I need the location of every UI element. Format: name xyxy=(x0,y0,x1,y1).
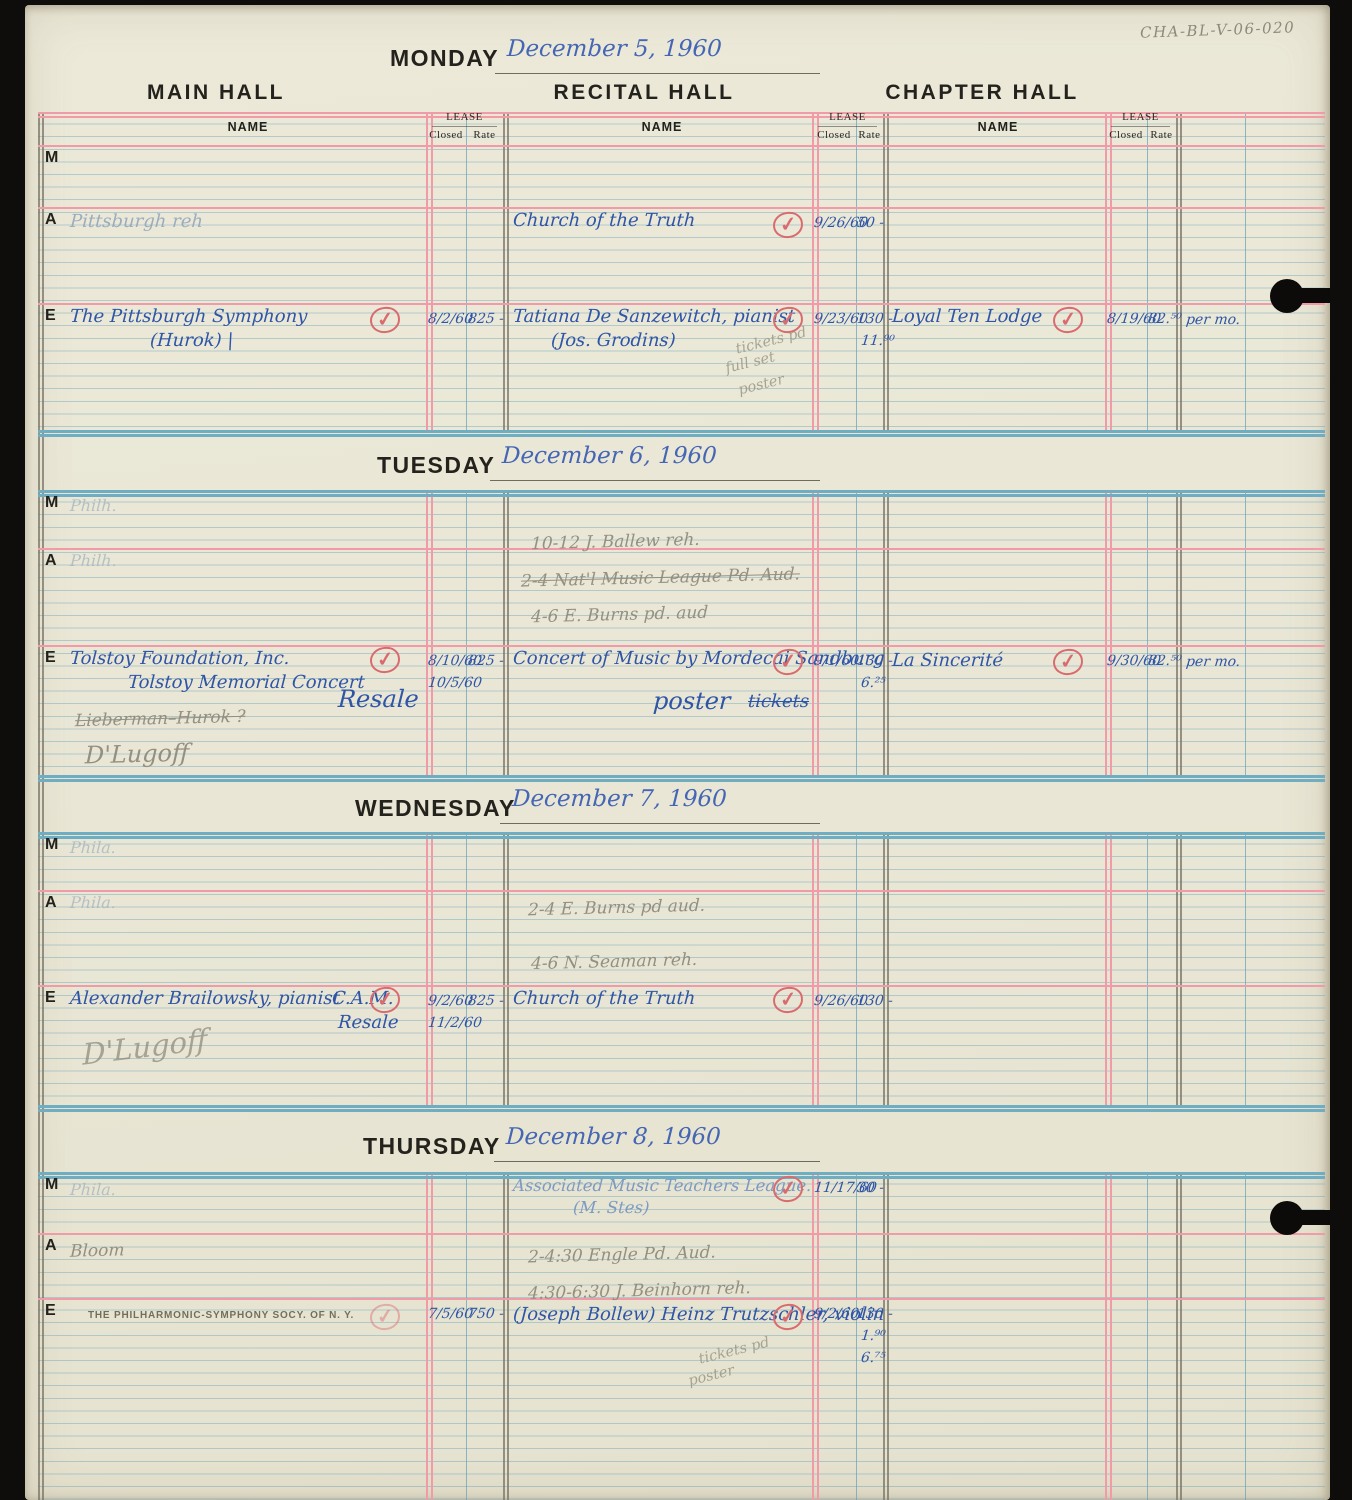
column-line xyxy=(817,832,819,1105)
column-line xyxy=(503,112,505,430)
column-line xyxy=(817,1172,819,1500)
column-line xyxy=(503,490,505,775)
row-label-m: M xyxy=(45,1176,58,1194)
column-line xyxy=(466,490,467,775)
row-line xyxy=(38,645,1325,647)
entry-line: Church of the Truth xyxy=(512,210,696,231)
column-line xyxy=(507,832,509,1105)
hall-title-1: RECITAL HALL xyxy=(484,81,804,105)
entry-line: Loyal Ten Lodge xyxy=(891,306,1042,327)
row-label-a: A xyxy=(45,211,57,229)
column-line xyxy=(426,490,428,775)
row-label-a: A xyxy=(45,1237,57,1255)
entry-line: poster xyxy=(652,687,731,715)
section-line xyxy=(38,779,1325,782)
closed-date: 9/2/60 xyxy=(813,1306,860,1322)
ruled-lines xyxy=(38,1172,1325,1500)
row-label-a: A xyxy=(45,894,57,912)
row-line xyxy=(38,207,1325,209)
column-line xyxy=(856,112,857,430)
day-date-thursday: December 8, 1960 xyxy=(505,1124,721,1150)
column-line xyxy=(503,1172,505,1500)
section-line xyxy=(38,1172,1325,1175)
date-underline xyxy=(495,73,820,74)
lease-header: LEASE xyxy=(1105,111,1176,123)
rate-after-note: per mo. xyxy=(1185,654,1241,670)
rate-value: 6.²⁵ xyxy=(860,675,886,691)
column-line xyxy=(1110,490,1112,775)
section-line xyxy=(38,490,1325,493)
column-line xyxy=(1180,1172,1182,1500)
entry-line: Resale xyxy=(337,685,419,713)
column-line xyxy=(1147,490,1148,775)
column-line xyxy=(431,832,433,1105)
column-line xyxy=(1147,1172,1148,1500)
entry-line: tickets xyxy=(747,691,809,712)
entry-line: Tolstoy Memorial Concert xyxy=(127,672,365,693)
column-line xyxy=(817,112,819,430)
rate-value: 82.⁵⁰ xyxy=(1147,311,1182,327)
column-line xyxy=(1245,1172,1246,1500)
column-line xyxy=(1180,112,1182,430)
rate-value: 825 - xyxy=(467,993,505,1009)
margin-line xyxy=(42,112,44,1500)
column-line xyxy=(856,490,857,775)
column-line xyxy=(817,490,819,775)
hall-title-2: CHAPTER HALL xyxy=(822,81,1142,105)
section-line xyxy=(38,1105,1325,1108)
column-line xyxy=(1180,832,1182,1105)
entry-line: Pittsburgh reh xyxy=(69,211,203,232)
section-line xyxy=(38,836,1325,839)
rate-value: 825 - xyxy=(467,653,505,669)
column-line xyxy=(883,490,885,775)
section-line xyxy=(38,775,1325,778)
row-line xyxy=(38,303,1325,305)
column-line xyxy=(1176,832,1178,1105)
rate-header: Rate xyxy=(856,129,883,141)
rate-value: 750 - xyxy=(467,1306,505,1322)
entry-line: La Sincerité xyxy=(891,650,1003,671)
column-line xyxy=(431,490,433,775)
row-line xyxy=(38,1233,1325,1235)
column-line xyxy=(503,832,505,1105)
row-line xyxy=(38,145,1325,147)
row-line xyxy=(38,890,1325,892)
lease-underline xyxy=(432,126,497,127)
row-label-e: E xyxy=(45,649,56,667)
column-line xyxy=(883,112,885,430)
entry-line: Tolstoy Foundation, Inc. xyxy=(69,648,290,669)
rate-header: Rate xyxy=(1147,129,1176,141)
entry-line: Bloom xyxy=(70,1240,125,1261)
column-line xyxy=(1105,832,1107,1105)
column-line xyxy=(887,490,889,775)
rate-value: 130 - xyxy=(856,653,894,669)
section-line xyxy=(38,1109,1325,1112)
column-line xyxy=(1147,832,1148,1105)
row-label-e: E xyxy=(45,1302,56,1320)
section-line xyxy=(38,832,1325,835)
ref-number: CHA-BL-V-06-020 xyxy=(1140,18,1296,41)
date-underline xyxy=(490,480,820,481)
column-line xyxy=(507,1172,509,1500)
closed-header: Closed xyxy=(1105,129,1147,141)
rate-value: 1.⁹⁰ xyxy=(860,1328,886,1344)
column-line xyxy=(466,832,467,1105)
punch-hole-tab xyxy=(1285,1210,1330,1225)
column-line xyxy=(856,1172,857,1500)
rate-value: 11.⁹⁰ xyxy=(860,333,895,349)
column-line xyxy=(812,490,814,775)
punch-hole-tab xyxy=(1285,288,1330,303)
column-line xyxy=(466,112,467,430)
column-line xyxy=(1105,1172,1107,1500)
row-label-e: E xyxy=(45,307,56,325)
entry-line: Tatiana De Sanzewitch, pianist xyxy=(512,306,795,327)
section-line xyxy=(38,494,1325,497)
entry-line: (Hurok) | xyxy=(149,330,234,351)
column-line xyxy=(812,112,814,430)
entry-line: Phila. xyxy=(70,893,117,912)
closed-header: Closed xyxy=(812,129,856,141)
row-label-m: M xyxy=(45,836,58,854)
rate-value: 130 - xyxy=(856,993,894,1009)
column-line xyxy=(1245,490,1246,775)
rate-value: 130 - xyxy=(856,311,894,327)
section-line xyxy=(38,434,1325,437)
entry-line: D'Lugoff xyxy=(85,739,190,770)
day-label-monday: MONDAY xyxy=(390,45,499,72)
column-line xyxy=(1110,112,1112,430)
entry-line: Philh. xyxy=(70,551,118,570)
column-line xyxy=(1147,112,1148,430)
column-line xyxy=(887,832,889,1105)
column-line xyxy=(1176,1172,1178,1500)
date-underline xyxy=(500,823,820,824)
column-line xyxy=(1245,832,1246,1105)
column-line xyxy=(1110,832,1112,1105)
date-underline xyxy=(494,1161,820,1162)
entry-line: THE PHILHARMONIC-SYMPHONY SOCY. OF N. Y. xyxy=(88,1310,354,1321)
column-line xyxy=(426,832,428,1105)
column-line xyxy=(1110,1172,1112,1500)
closed-date: 9/1/60 xyxy=(813,653,860,669)
column-line xyxy=(431,112,433,430)
column-line xyxy=(812,832,814,1105)
rate-value: 825 - xyxy=(467,311,505,327)
column-line xyxy=(426,1172,428,1500)
column-line xyxy=(812,1172,814,1500)
rate-value: 50 - xyxy=(856,215,885,231)
entry-line: Phila. xyxy=(70,1180,117,1199)
name-col-header: NAME xyxy=(562,120,762,134)
day-date-wednesday: December 7, 1960 xyxy=(511,786,727,812)
name-col-header: NAME xyxy=(148,120,348,134)
row-label-a: A xyxy=(45,552,57,570)
column-line xyxy=(856,832,857,1105)
column-line xyxy=(1105,490,1107,775)
ruled-lines xyxy=(38,112,1325,430)
row-label-e: E xyxy=(45,989,56,1007)
rate-after-note: per mo. xyxy=(1185,312,1241,328)
column-line xyxy=(1180,490,1182,775)
column-line xyxy=(887,112,889,430)
margin-line xyxy=(38,112,40,1500)
entry-line: Church of the Truth xyxy=(512,988,696,1009)
day-date-monday: December 5, 1960 xyxy=(506,36,722,62)
column-line xyxy=(426,112,428,430)
day-date-tuesday: December 6, 1960 xyxy=(501,443,717,469)
column-line xyxy=(466,1172,467,1500)
row-line xyxy=(38,985,1325,987)
rate-value: 130 - xyxy=(856,1306,894,1322)
name-col-header: NAME xyxy=(898,120,1098,134)
column-line xyxy=(1245,112,1246,430)
section-line xyxy=(38,430,1325,433)
column-line xyxy=(887,1172,889,1500)
entry-line: (M. Stes) xyxy=(573,1198,650,1217)
column-line xyxy=(431,1172,433,1500)
entry-line: Resale xyxy=(337,1012,399,1033)
rate-value: 82.⁵⁰ xyxy=(1147,653,1182,669)
ledger-page: CHA-BL-V-06-020 MONDAYDecember 5, 1960MA… xyxy=(25,5,1330,1500)
row-label-m: M xyxy=(45,494,58,512)
hall-title-0: MAIN HALL xyxy=(56,81,376,105)
entry-line: Associated Music Teachers League. xyxy=(513,1176,812,1195)
entry-line: (Jos. Grodins) xyxy=(550,330,676,351)
entry-line: The Pittsburgh Symphony xyxy=(69,306,307,327)
entry-line: Phila. xyxy=(70,838,117,857)
column-line xyxy=(1105,112,1107,430)
row-label-m: M xyxy=(45,149,58,167)
day-label-thursday: THURSDAY xyxy=(363,1133,501,1160)
entry-line: Alexander Brailowsky, pianist xyxy=(69,988,340,1009)
lease-underline xyxy=(1111,126,1170,127)
closed-date: 11/2/60 xyxy=(427,1015,483,1031)
column-line xyxy=(507,112,509,430)
lease-header: LEASE xyxy=(426,111,503,123)
column-line xyxy=(507,490,509,775)
closed-header: Closed xyxy=(426,129,466,141)
entry-line: Philh. xyxy=(70,496,118,515)
lease-header: LEASE xyxy=(812,111,883,123)
column-line xyxy=(1176,490,1178,775)
closed-date: 10/5/60 xyxy=(427,675,483,691)
rate-value: 6.⁷⁵ xyxy=(860,1350,886,1366)
lease-underline xyxy=(818,126,877,127)
rate-value: 30 - xyxy=(856,1180,885,1196)
column-line xyxy=(1176,112,1178,430)
column-line xyxy=(883,832,885,1105)
day-label-wednesday: WEDNESDAY xyxy=(355,795,516,822)
day-label-tuesday: TUESDAY xyxy=(377,452,495,479)
rate-header: Rate xyxy=(466,129,503,141)
